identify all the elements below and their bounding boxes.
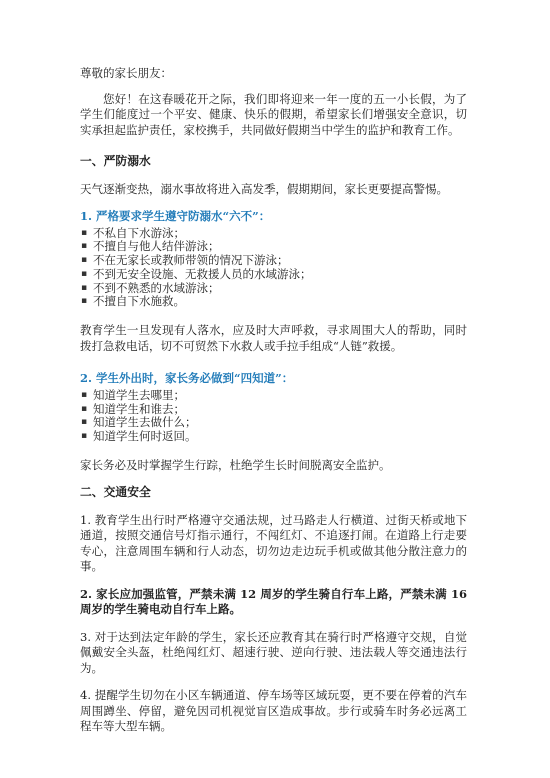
- list-item: 不私自下水游泳；: [80, 227, 467, 241]
- list-item: 知道学生何时返回。: [80, 430, 467, 444]
- list-item: 不在无家长或教师带领的情况下游泳；: [80, 254, 467, 268]
- six-nos-list: 不私自下水游泳； 不擅自与他人结伴游泳； 不在无家长或教师带领的情况下游泳； 不…: [80, 227, 467, 310]
- traffic-paragraph-4: 4. 提醒学生切勿在小区车辆通道、停车场等区域玩耍，更不要在停着的汽车周围蹲坐、…: [80, 688, 467, 735]
- closing-paragraph: 家长务必及时掌握学生行踪，杜绝学生长时间脱离安全监护。: [80, 458, 467, 474]
- section-heading-traffic: 二、交通安全: [80, 485, 467, 501]
- intro-paragraph: 您好！在这春暖花开之际，我们即将迎来一年一度的五一小长假，为了学生们能度过一个平…: [80, 92, 467, 139]
- four-knows-list: 知道学生去哪里； 知道学生和谁去； 知道学生去做什么； 知道学生何时返回。: [80, 389, 467, 444]
- lead-paragraph: 天气逐渐变热，溺水事故将进入高发季，假期期间，家长更要提高警惕。: [80, 182, 467, 198]
- list-item: 不到不熟悉的水域游泳；: [80, 282, 467, 296]
- list-item: 不到无安全设施、无救援人员的水域游泳；: [80, 268, 467, 282]
- traffic-paragraph-3: 3. 对于达到法定年龄的学生，家长还应教育其在骑行时严格遵守交规，自觉佩戴安全头…: [80, 630, 467, 677]
- traffic-paragraph-1: 1. 教育学生出行时严格遵守交通法规，过马路走人行横道、过街天桥或地下通道，按照…: [80, 513, 467, 575]
- salutation: 尊敬的家长朋友：: [80, 66, 467, 82]
- rescue-paragraph: 教育学生一旦发现有人落水，应及时大声呼救，寻求周围大人的帮助，同时拨打急救电话，…: [80, 323, 467, 354]
- list-item: 知道学生和谁去；: [80, 403, 467, 417]
- section-heading-drowning: 一、严防溺水: [80, 154, 467, 170]
- list-item: 知道学生去哪里；: [80, 389, 467, 403]
- rule-heading-six-nos: 1. 严格要求学生遵守防溺水“六不”：: [80, 209, 467, 225]
- rule-heading-four-knows: 2. 学生外出时，家长务必做到“四知道”：: [80, 371, 467, 387]
- traffic-paragraph-2: 2. 家长应加强监管，严禁未满 12 周岁的学生骑自行车上路，严禁未满 16 周…: [80, 587, 467, 618]
- letter-page: 尊敬的家长朋友： 您好！在这春暖花开之际，我们即将迎来一年一度的五一小长假，为了…: [0, 0, 550, 778]
- list-item: 不擅自下水施救。: [80, 295, 467, 309]
- list-item: 不擅自与他人结伴游泳；: [80, 240, 467, 254]
- list-item: 知道学生去做什么；: [80, 416, 467, 430]
